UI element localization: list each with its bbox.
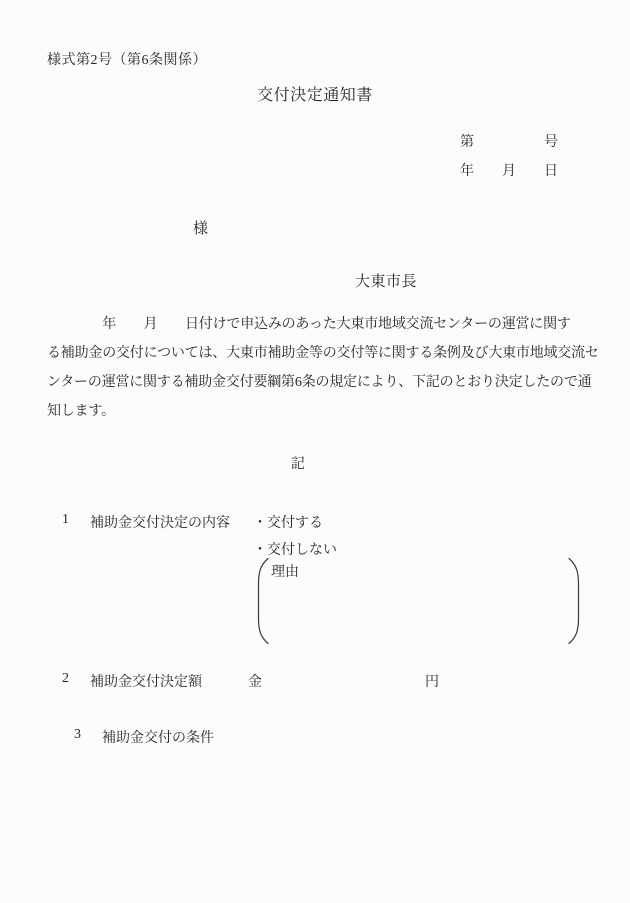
date-day-label: 日	[544, 160, 558, 180]
document-title: 交付決定通知書	[0, 82, 630, 105]
kigo-heading: 記	[0, 453, 596, 473]
doc-number-line: 第 号	[460, 131, 558, 151]
reason-bracket-left	[255, 557, 270, 645]
item3-label: 補助金交付の条件	[102, 727, 214, 747]
document-page: 様式第2号（第6条関係） 交付決定通知書 第 号 年 月 日 様 大東市長 年 …	[0, 0, 630, 903]
date-year-label: 年	[460, 160, 474, 180]
item1-option-grant: ・交付する	[253, 512, 323, 532]
item2-amount-suffix: 円	[425, 671, 439, 691]
date-line: 年 月 日	[460, 160, 558, 180]
item1-label: 補助金交付決定の内容	[90, 512, 230, 532]
item2-amount-prefix: 金	[248, 671, 262, 691]
body-paragraph: 年 月 日付けで申込みのあった大東市地域交流センターの運営に関す る補助金の交付…	[47, 310, 599, 426]
item1-reason-label: 理由	[271, 561, 299, 581]
form-number-label: 様式第2号（第6条関係）	[47, 49, 207, 69]
reason-bracket-right	[567, 557, 582, 645]
doc-number-suffix: 号	[544, 131, 558, 151]
doc-number-prefix: 第	[460, 131, 474, 151]
item3-number: 3	[74, 727, 81, 743]
item1-option-no-grant: ・交付しない	[253, 539, 337, 559]
date-month-label: 月	[502, 160, 516, 180]
item2-label: 補助金交付決定額	[90, 671, 202, 691]
recipient-honorific: 様	[193, 217, 208, 238]
item1-number: 1	[62, 512, 69, 528]
item2-number: 2	[62, 671, 69, 687]
sender-name: 大東市長	[355, 270, 417, 291]
